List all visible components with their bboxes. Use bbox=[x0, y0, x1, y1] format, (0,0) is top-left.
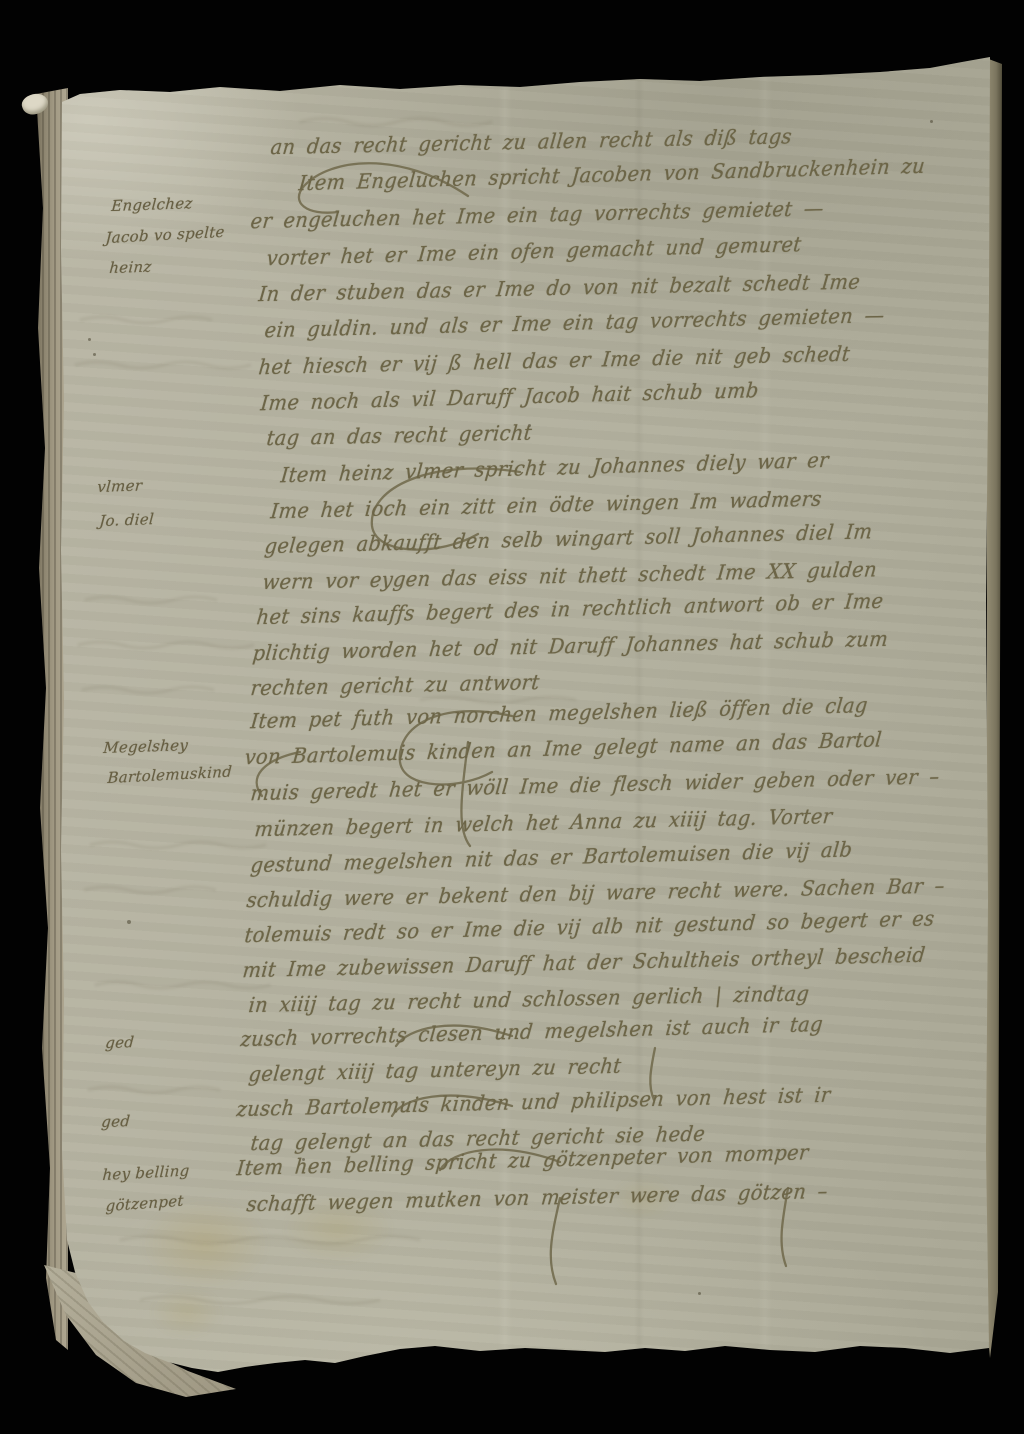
manuscript-page: an das recht gericht zu allen recht als … bbox=[0, 0, 1024, 1434]
photographed-manuscript: an das recht gericht zu allen recht als … bbox=[0, 0, 1024, 1434]
page-edge-shading bbox=[0, 0, 1024, 1434]
